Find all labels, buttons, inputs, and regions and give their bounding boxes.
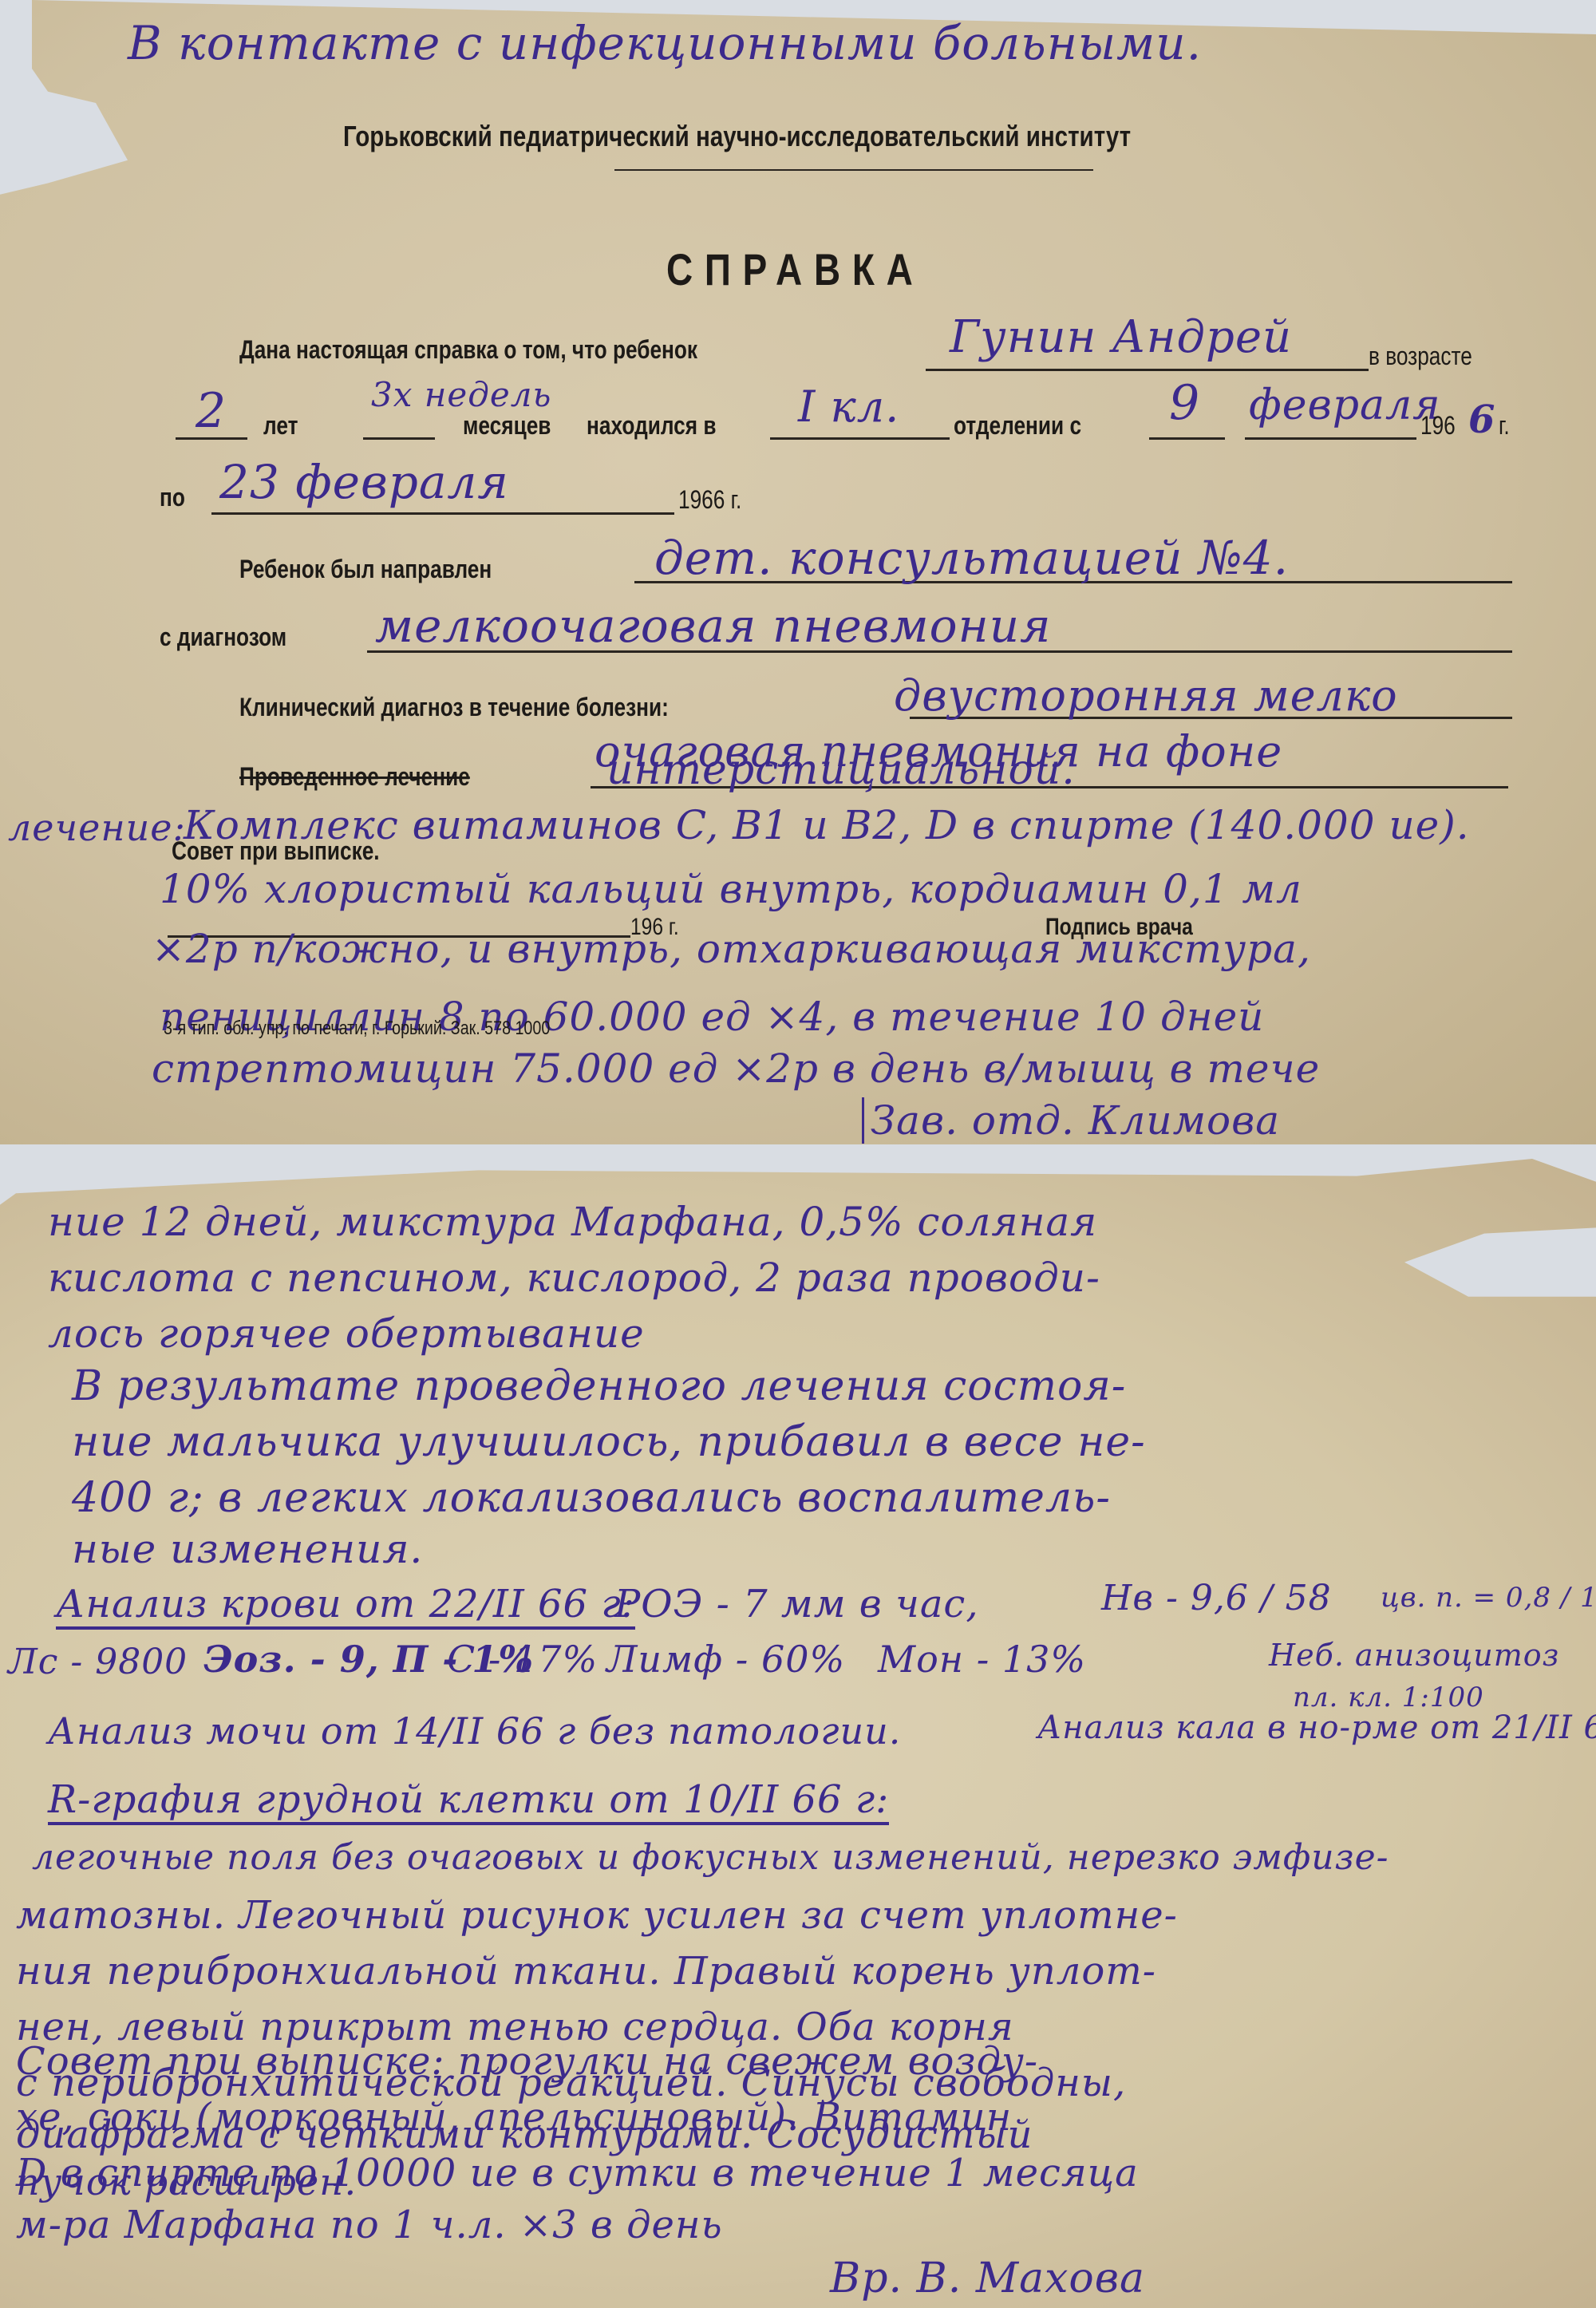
- blood-lymphocytes: Лимф - 60%: [606, 1638, 845, 1681]
- stool-test: Анализ кала в но-рме от 21/II 66: [1037, 1709, 1596, 1746]
- department-line: [770, 437, 950, 440]
- document-title: СПРАВКА: [666, 243, 925, 295]
- continuation-line-5: ние мальчика улучшилось, прибавил в весе…: [72, 1418, 1146, 1466]
- continuation-line-3: лось горячее обертывание: [48, 1310, 645, 1357]
- form-line1-suffix: в возрасте: [1369, 342, 1472, 371]
- xray-line-1: легочные поля без очаговых и фокусных из…: [32, 1837, 1389, 1878]
- blood-platelets: пл. кл. 1:100: [1293, 1682, 1484, 1713]
- to-date: 23 февраля: [219, 455, 509, 509]
- blood-wbc: Лс - 9800: [8, 1642, 188, 1682]
- from-year-label: 196: [1420, 411, 1456, 441]
- treatment-line-3: ×2р п/кожно, и внутрь, отхаркивающая мик…: [152, 926, 1311, 972]
- blood-esr: РОЭ - 7 мм в час,: [614, 1582, 979, 1626]
- age-months: 3х недель: [371, 375, 551, 414]
- head-of-department-signature: Зав. отд. Климова: [862, 1097, 1280, 1144]
- to-date-line: [211, 512, 674, 515]
- continuation-line-4: В результате проведенного лечения состоя…: [72, 1362, 1126, 1410]
- from-month: февраля: [1249, 381, 1441, 429]
- from-month-line: [1245, 437, 1416, 440]
- handwritten-top-note: В контакте с инфекционными больными.: [128, 16, 1202, 70]
- institution-divider: [614, 169, 1093, 171]
- treatment-label: Проведенное лечение: [239, 762, 470, 792]
- clinical-diagnosis-1: двусторонняя мелко: [894, 670, 1398, 721]
- age-years-label: лет: [263, 411, 298, 441]
- treatment-line-1: Комплекс витаминов C, B1 и B2, D в спирт…: [184, 802, 1470, 848]
- age-months-label: месяцев: [463, 411, 551, 441]
- continuation-line-7: ные изменения.: [72, 1526, 423, 1572]
- diagnosis: мелкоочаговая пневмония: [375, 599, 1052, 653]
- form-line1-prefix: Дана настоящая справка о том, что ребено…: [239, 335, 697, 365]
- department-label: отделении с: [954, 411, 1081, 441]
- urine-test: Анализ мочи от 14/II 66 г без патологии.: [48, 1709, 901, 1753]
- blood-monocytes: Мон - 13%: [878, 1638, 1086, 1681]
- continuation-line-1: ние 12 дней, микстура Марфана, 0,5% соля…: [48, 1199, 1097, 1245]
- blood-hb: Нв - 9,6 / 58: [1101, 1578, 1332, 1618]
- child-name: Гунин Андрей: [950, 311, 1292, 363]
- certificate-top-sheet: В контакте с инфекционными больными. Гор…: [0, 0, 1596, 1144]
- age-years: 2: [196, 383, 227, 439]
- stayed-label: находился в: [587, 411, 717, 441]
- printer-line: 3-я тип. обл. упр. по печати, г. Горький…: [164, 1018, 550, 1040]
- to-year-label: 1966 г.: [678, 485, 741, 515]
- continuation-line-6: 400 г; в легких локализовались воспалите…: [72, 1474, 1111, 1522]
- advice-line-4: м-ра Марфана по 1 ч.л. ×3 в день: [16, 2203, 723, 2247]
- diagnosis-label: с диагнозом: [160, 622, 286, 652]
- xray-line-2: матозны. Легочный рисунок усилен за счет…: [16, 1893, 1178, 1938]
- advice-line-3: D в спирте по 10000 ие в сутки в течение…: [16, 2151, 1139, 2195]
- from-day-line: [1149, 437, 1225, 440]
- name-field-line: [926, 369, 1369, 371]
- year-correction: 6: [1468, 397, 1495, 442]
- physician-signature: Вр. В. Махова: [830, 2255, 1145, 2302]
- institution-name: Горьковский педиатрический научно-исслед…: [343, 120, 1131, 153]
- referred-label: Ребенок был направлен: [239, 555, 492, 584]
- advice-line-2: хе, соки (морковный, апельсиновый). Вита…: [16, 2095, 1012, 2140]
- treatment-line-2: 10% хлористый кальций внутрь, кордиамин …: [160, 866, 1302, 912]
- treatment-line-5: стрептомицин 75.000 ед ×2р в день в/мышц…: [152, 1045, 1320, 1092]
- continuation-line-2: кислота с пепсином, кислород, 2 раза про…: [48, 1255, 1100, 1301]
- to-label: по: [160, 483, 185, 512]
- year-suffix: г.: [1499, 411, 1510, 441]
- treatment-prefix: лечение:: [8, 806, 186, 849]
- department: I кл.: [798, 381, 899, 432]
- age-months-line: [363, 437, 435, 440]
- blood-color-index: цв. п. = 0,8 / 18: [1381, 1582, 1596, 1614]
- blood-anisocytosis: Неб. анизоцитоз: [1269, 1638, 1559, 1673]
- blood-segmented: С - 17%: [447, 1638, 598, 1681]
- from-day: 9: [1169, 375, 1200, 431]
- referred-by: дет. консультацией №4.: [654, 531, 1289, 585]
- clinical-diagnosis-label: Клинический диагноз в течение болезни:: [239, 693, 669, 722]
- advice-line-1: Совет при выписке: прогулки на свежем во…: [16, 2039, 1038, 2084]
- xray-title: R-графия грудной клетки от 10/II 66 г:: [48, 1777, 889, 1825]
- xray-line-3: ния перибронхиальной ткани. Правый корен…: [16, 1949, 1156, 1994]
- blood-test-title: Анализ крови от 22/II 66 г:: [56, 1582, 635, 1630]
- clinical-diagnosis-3: интерстициальной.: [606, 746, 1076, 794]
